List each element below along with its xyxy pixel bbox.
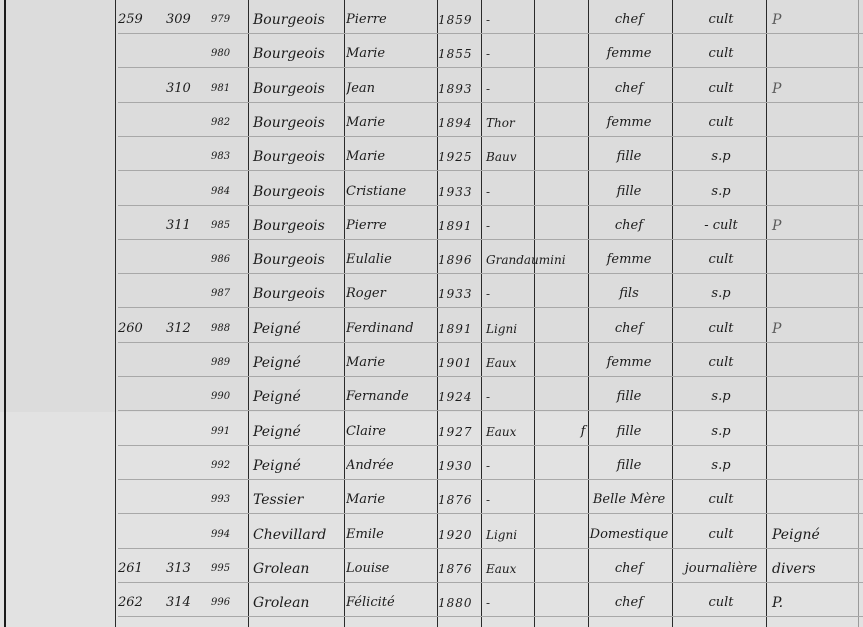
cell-observations: P. [772,595,860,611]
cell-situation: chef [588,12,670,28]
row-rule [118,616,863,617]
cell-menage: 262 [118,595,158,611]
cell-situation: femme [588,115,670,131]
cell-profession: cult [675,252,767,268]
cell-lieu: Grandaumini [486,252,586,268]
cell-profession: s.p [675,149,767,165]
cell-individu: 994 [211,527,239,543]
cell-annee: 1880 [438,595,482,611]
cell-lieu: Bauv [486,149,586,165]
cell-annee: 1894 [438,115,482,131]
cell-profession: journalière [675,561,767,577]
cell-prenom: Jean [346,81,438,97]
cell-lieu: Thor [486,115,586,131]
table-row: 310 981 Bourgeois Jean 1893 - chef cult … [118,69,863,103]
table-row: 993 Tessier Marie 1876 - Belle Mère cult [118,480,863,514]
cell-famille: 313 [166,561,206,577]
cell-nom: Peigné [253,321,341,337]
cell-prenom: Pierre [346,218,438,234]
cell-situation: fille [588,149,670,165]
cell-nom: Grolean [253,561,341,577]
cell-annee: 1859 [438,12,482,28]
table-row: 983 Bourgeois Marie 1925 Bauv fille s.p [118,137,863,171]
cell-famille: 311 [166,218,206,234]
cell-situation: femme [588,252,670,268]
cell-individu: 989 [211,355,239,371]
column-rule [115,0,116,627]
cell-profession: s.p [675,389,767,405]
cell-lieu: Eaux [486,561,586,577]
cell-nom: Peigné [253,424,341,440]
cell-annee: 1891 [438,321,482,337]
cell-menage: 259 [118,12,158,28]
cell-prenom: Claire [346,424,438,440]
cell-famille: 312 [166,321,206,337]
cell-nom: Bourgeois [253,184,341,200]
cell-menage: 260 [118,321,158,337]
cell-prenom: Marie [346,355,438,371]
table-row: 991 Peigné Claire 1927 Eaux f fille s.p [118,412,863,446]
cell-observations: P [772,321,860,337]
cell-situation: fille [588,458,670,474]
cell-lieu: - [486,458,586,474]
cell-individu: 990 [211,389,239,405]
cell-situation: chef [588,218,670,234]
cell-individu: 985 [211,218,239,234]
cell-prenom: Marie [346,115,438,131]
cell-profession: cult [675,46,767,62]
cell-prenom: Marie [346,149,438,165]
table-row: 262 314 996 Grolean Félicité 1880 - chef… [118,583,863,617]
cell-lieu: - [486,218,586,234]
cell-nom: Bourgeois [253,218,341,234]
cell-profession: cult [675,527,767,543]
cell-lieu: - [486,595,586,611]
cell-lieu: - [486,81,586,97]
table-row: 984 Bourgeois Cristiane 1933 - fille s.p [118,172,863,206]
cell-individu: 991 [211,424,239,440]
table-row: 980 Bourgeois Marie 1855 - femme cult [118,34,863,68]
cell-famille: 310 [166,81,206,97]
cell-nom: Tessier [253,492,341,508]
cell-nom: Bourgeois [253,115,341,131]
cell-observations: P [772,218,860,234]
cell-prenom: Andrée [346,458,438,474]
cell-lieu: Eaux [486,355,586,371]
cell-annee: 1896 [438,252,482,268]
cell-situation: fille [588,184,670,200]
register-page: 259 309 979 Bourgeois Pierre 1859 - chef… [0,0,863,627]
cell-annee: 1891 [438,218,482,234]
cell-annee: 1930 [438,458,482,474]
cell-nom: Bourgeois [253,81,341,97]
table-row: 261 313 995 Grolean Louise 1876 Eaux che… [118,549,863,583]
cell-famille: 309 [166,12,206,28]
cell-individu: 987 [211,286,239,302]
cell-nom: Peigné [253,389,341,405]
cell-profession: s.p [675,424,767,440]
cell-annee: 1920 [438,527,482,543]
table-row: 982 Bourgeois Marie 1894 Thor femme cult [118,103,863,137]
cell-situation: femme [588,46,670,62]
cell-prenom: Marie [346,46,438,62]
cell-observations: Peigné [772,527,860,543]
cell-lieu: - [486,46,586,62]
cell-annee: 1933 [438,286,482,302]
cell-annee: 1901 [438,355,482,371]
cell-profession: s.p [675,184,767,200]
cell-nom: Bourgeois [253,12,341,28]
cell-observations: divers [772,561,860,577]
cell-prenom: Louise [346,561,438,577]
cell-situation: chef [588,321,670,337]
cell-nom: Peigné [253,458,341,474]
table-row: 994 Chevillard Emile 1920 Ligni Domestiq… [118,515,863,549]
cell-situation: chef [588,561,670,577]
cell-individu: 992 [211,458,239,474]
cell-annee: 1893 [438,81,482,97]
cell-prenom: Cristiane [346,184,438,200]
cell-lieu: Ligni [486,321,586,337]
table-row: 990 Peigné Fernande 1924 - fille s.p [118,377,863,411]
cell-individu: 984 [211,184,239,200]
cell-lieu: - [486,286,586,302]
cell-observations: P [772,12,860,28]
cell-situation: Belle Mère [588,492,670,508]
cell-prenom: Ferdinand [346,321,438,337]
cell-profession: s.p [675,286,767,302]
cell-profession: cult [675,81,767,97]
cell-nom: Chevillard [253,527,341,543]
table-row: 260 312 988 Peigné Ferdinand 1891 Ligni … [118,309,863,343]
cell-prenom: Emile [346,527,438,543]
table-row: 986 Bourgeois Eulalie 1896 Grandaumini f… [118,240,863,274]
cell-individu: 981 [211,81,239,97]
table-row: 989 Peigné Marie 1901 Eaux femme cult [118,343,863,377]
cell-annee: 1876 [438,492,482,508]
cell-nom: Peigné [253,355,341,371]
cell-situation: fils [588,286,670,302]
cell-annee: 1925 [438,149,482,165]
cell-prenom: Marie [346,492,438,508]
cell-menage: 261 [118,561,158,577]
cell-lieu: - [486,12,586,28]
cell-profession: cult [675,115,767,131]
cell-nom: Bourgeois [253,286,341,302]
cell-annee: 1876 [438,561,482,577]
cell-annee: 1933 [438,184,482,200]
cell-profession: cult [675,492,767,508]
cell-prenom: Félicité [346,595,438,611]
cell-nom: Bourgeois [253,149,341,165]
cell-annee: 1855 [438,46,482,62]
cell-individu: 980 [211,46,239,62]
cell-famille: 314 [166,595,206,611]
cell-nom: Grolean [253,595,341,611]
table-row: 311 985 Bourgeois Pierre 1891 - chef - c… [118,206,863,240]
cell-situation: Domestique [588,527,670,543]
cell-profession: cult [675,321,767,337]
cell-nom: Bourgeois [253,46,341,62]
table-row: 259 309 979 Bourgeois Pierre 1859 - chef… [118,0,863,34]
cell-situation: chef [588,81,670,97]
cell-profession: - cult [675,218,767,234]
cell-prenom: Pierre [346,12,438,28]
cell-individu: 993 [211,492,239,508]
cell-prenom: Eulalie [346,252,438,268]
cell-situation: fille [588,389,670,405]
table-row: 992 Peigné Andrée 1930 - fille s.p [118,446,863,480]
cell-annee: 1927 [438,424,482,440]
cell-individu: 995 [211,561,239,577]
cell-individu: 983 [211,149,239,165]
column-rule [4,0,6,627]
cell-situation: femme [588,355,670,371]
cell-profession: cult [675,595,767,611]
cell-nom: Bourgeois [253,252,341,268]
cell-situation: fille [588,424,670,440]
cell-prenom: Fernande [346,389,438,405]
cell-situation: chef [588,595,670,611]
cell-lieu: Ligni [486,527,586,543]
cell-individu: 986 [211,252,239,268]
cell-profession: s.p [675,458,767,474]
cell-profession: cult [675,12,767,28]
cell-prenom: Roger [346,286,438,302]
cell-annee: 1924 [438,389,482,405]
cell-observations: P [772,81,860,97]
cell-lieu: - [486,492,586,508]
cell-lieu: - [486,184,586,200]
cell-individu: 996 [211,595,239,611]
table-row: 987 Bourgeois Roger 1933 - fils s.p [118,274,863,308]
cell-individu: 979 [211,12,239,28]
cell-profession: cult [675,355,767,371]
cell-individu: 982 [211,115,239,131]
cell-individu: 988 [211,321,239,337]
cell-lieu: - [486,389,586,405]
